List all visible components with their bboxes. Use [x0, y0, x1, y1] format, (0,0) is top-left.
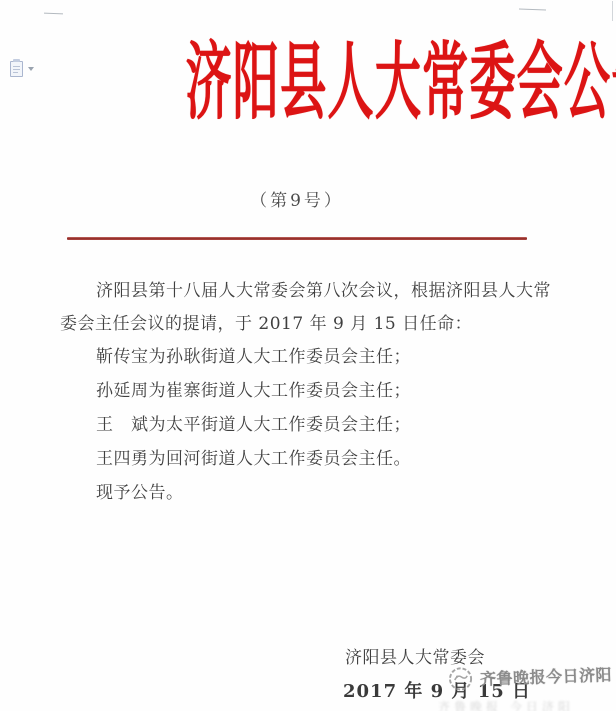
- document-number: （第9号）: [0, 186, 605, 211]
- body-paragraph-line: 济阳县第十八届人大常委会第八次会议，根据济阳县人大常: [96, 280, 606, 302]
- margin-mark-right-icon: [519, 9, 546, 11]
- announcement-title-text: 济阳县人大常委会公告: [186, 34, 616, 130]
- margin-mark-left-icon: [44, 13, 63, 15]
- announcement-title: 济阳县人大常委会公告: [0, 34, 608, 130]
- document-page: 济阳县人大常委会公告 （第9号） 济阳县第十八届人大常委会第八次会议，根据济阳县…: [0, 0, 616, 711]
- appointment-line: 王 斌为太平街道人大工作委员会主任；: [96, 414, 606, 436]
- signature-organization: 济阳县人大常委会: [345, 643, 485, 668]
- watermark-faint-repeat: 齐鲁晚报 今日济阳: [438, 698, 616, 711]
- red-divider-line: [67, 237, 527, 240]
- news-watermark: 齐鲁晚报今日济阳: [448, 661, 613, 692]
- page-edge-line: [612, 1, 613, 21]
- closing-line: 现予公告。: [96, 482, 606, 504]
- qilu-evening-news-logo-icon: [448, 666, 474, 692]
- watermark-account-name: 齐鲁晚报今日济阳: [480, 662, 613, 690]
- appointment-line: 孙延周为崔寨街道人大工作委员会主任；: [96, 380, 606, 402]
- body-paragraph-line: 委会主任会议的提请，于 2017 年 9 月 15 日任命：: [60, 313, 570, 335]
- appointment-line: 靳传宝为孙耿街道人大工作委员会主任；: [96, 346, 606, 368]
- appointment-line: 王四勇为回河街道人大工作委员会主任。: [96, 448, 606, 470]
